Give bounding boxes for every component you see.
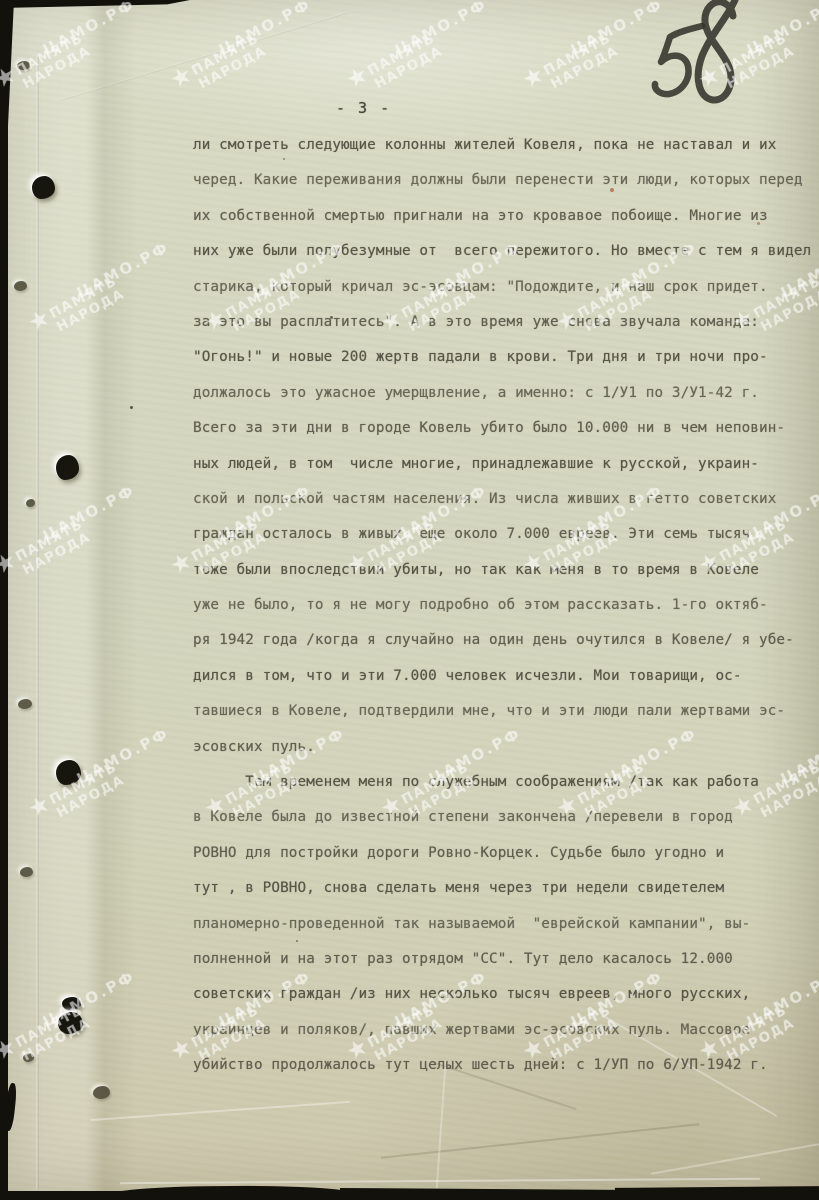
ink-speck — [330, 316, 333, 319]
scan-edge-left — [0, 0, 8, 1200]
typed-line: старика, который кричал эс-эсовцам: "Под… — [193, 270, 811, 305]
typed-line: РОВНО для постройки дороги Ровно-Корцек.… — [193, 836, 811, 871]
typed-line: уже не было, то я не могу подробно об эт… — [193, 588, 811, 623]
typed-text-block: ли смотреть следующие колонны жителей Ко… — [193, 128, 811, 1084]
typed-line: тут , в РОВНО, снова сделать меня через … — [193, 871, 811, 906]
typed-line: Всего за эти дни в городе Ковель убито б… — [193, 411, 811, 446]
typed-line: "Огонь!" и новые 200 жертв падали в кров… — [193, 340, 811, 375]
ink-speck — [757, 222, 760, 225]
ink-speck — [610, 188, 614, 192]
typed-line: в Ковеле была до известной степени закон… — [193, 800, 811, 835]
typed-line: эсовских пуль. — [193, 730, 811, 765]
typed-line: Тем временем меня по служебным соображен… — [193, 765, 811, 800]
typed-line: тавшиеся в Ковеле, подтвердили мне, что … — [193, 694, 811, 729]
typed-line: убийство продолжалось тут целых шесть дн… — [193, 1048, 811, 1083]
pen-stroke-58 — [640, 0, 760, 114]
scan-edge-bottom-wave — [340, 1188, 640, 1200]
paper-crease — [36, 55, 39, 1190]
ink-speck — [130, 406, 133, 409]
scanned-document: ли смотреть следующие колонны жителей Ко… — [0, 0, 819, 1200]
ink-speck — [296, 940, 298, 942]
ink-speck — [283, 158, 285, 160]
typed-line: их собственной смертью пригнали на это к… — [193, 199, 811, 234]
typed-line: них уже были полубезумные от всего переж… — [193, 234, 811, 269]
typed-line: должалось это ужасное умерщвление, а име… — [193, 376, 811, 411]
typed-line: планомерно-проведенной так называемой "е… — [193, 907, 811, 942]
handwritten-sheet-number: 58 — [640, 0, 760, 114]
typed-line: дился в том, что и эти 7.000 человек исч… — [193, 659, 811, 694]
typed-line: черед. Какие переживания должны были пер… — [193, 163, 811, 198]
typed-line: ской и польской частям населения. Из чис… — [193, 482, 811, 517]
typed-line: советских граждан /из них несколько тыся… — [193, 977, 811, 1012]
typed-line: полненной и на этот раз отрядом "СС". Ту… — [193, 942, 811, 977]
scan-edge-bottom-wave — [615, 1186, 819, 1200]
typed-line: тоже были впоследствии убиты, но так как… — [193, 553, 811, 588]
typed-line: за это вы расплатитесь". А в это время у… — [193, 305, 811, 340]
typed-line: граждан осталось в живых еще около 7.000… — [193, 517, 811, 552]
typed-line: ных людей, в том числе многие, принадлеж… — [193, 447, 811, 482]
typed-line: украинцев и поляков/, павших жертвами эс… — [193, 1013, 811, 1048]
page-number: - 3 - — [336, 99, 391, 117]
typed-line: ря 1942 года /когда я случайно на один д… — [193, 623, 811, 658]
typed-line: ли смотреть следующие колонны жителей Ко… — [193, 128, 811, 163]
